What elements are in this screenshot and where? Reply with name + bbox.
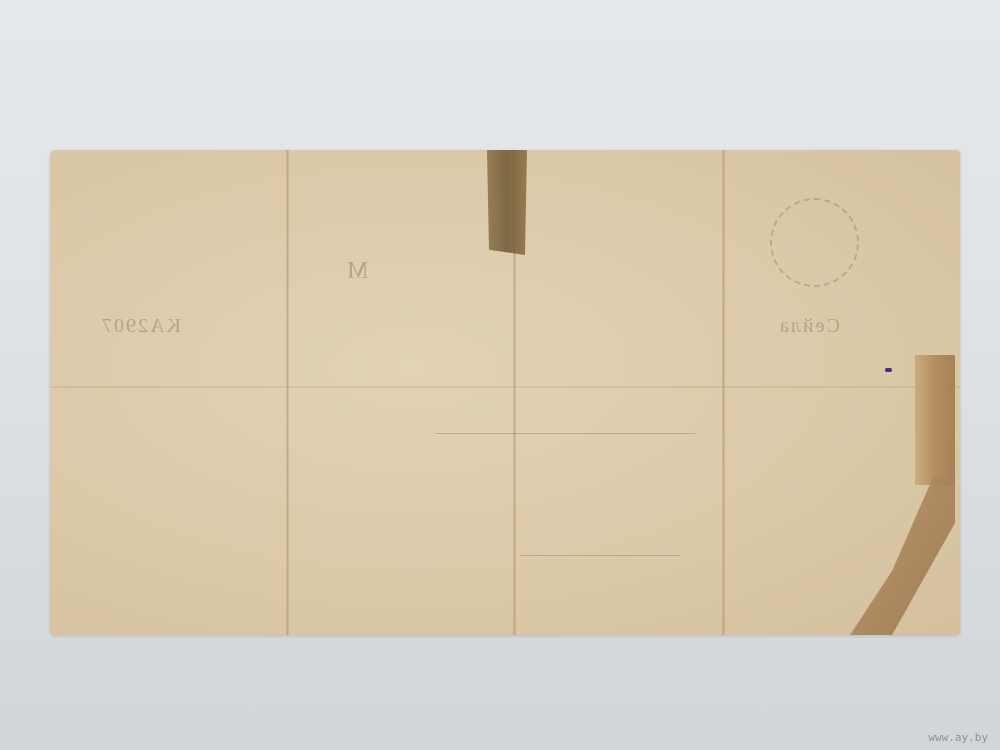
tape-repair-top: [487, 150, 527, 255]
emblem-icon: [770, 198, 859, 287]
banknote: KA2907 M Сейла: [50, 150, 960, 635]
fold-crease: [722, 150, 725, 635]
signature-line: [520, 555, 680, 556]
serial-number: KA2907: [100, 315, 181, 338]
fold-crease-horizontal: [50, 386, 960, 388]
signature-line: [435, 433, 695, 434]
tape-repair-right: [845, 355, 960, 635]
fold-crease: [286, 150, 289, 635]
denomination-text: Сейла: [778, 315, 840, 338]
center-text: M: [345, 258, 368, 285]
watermark: www.ay.by: [928, 731, 988, 744]
